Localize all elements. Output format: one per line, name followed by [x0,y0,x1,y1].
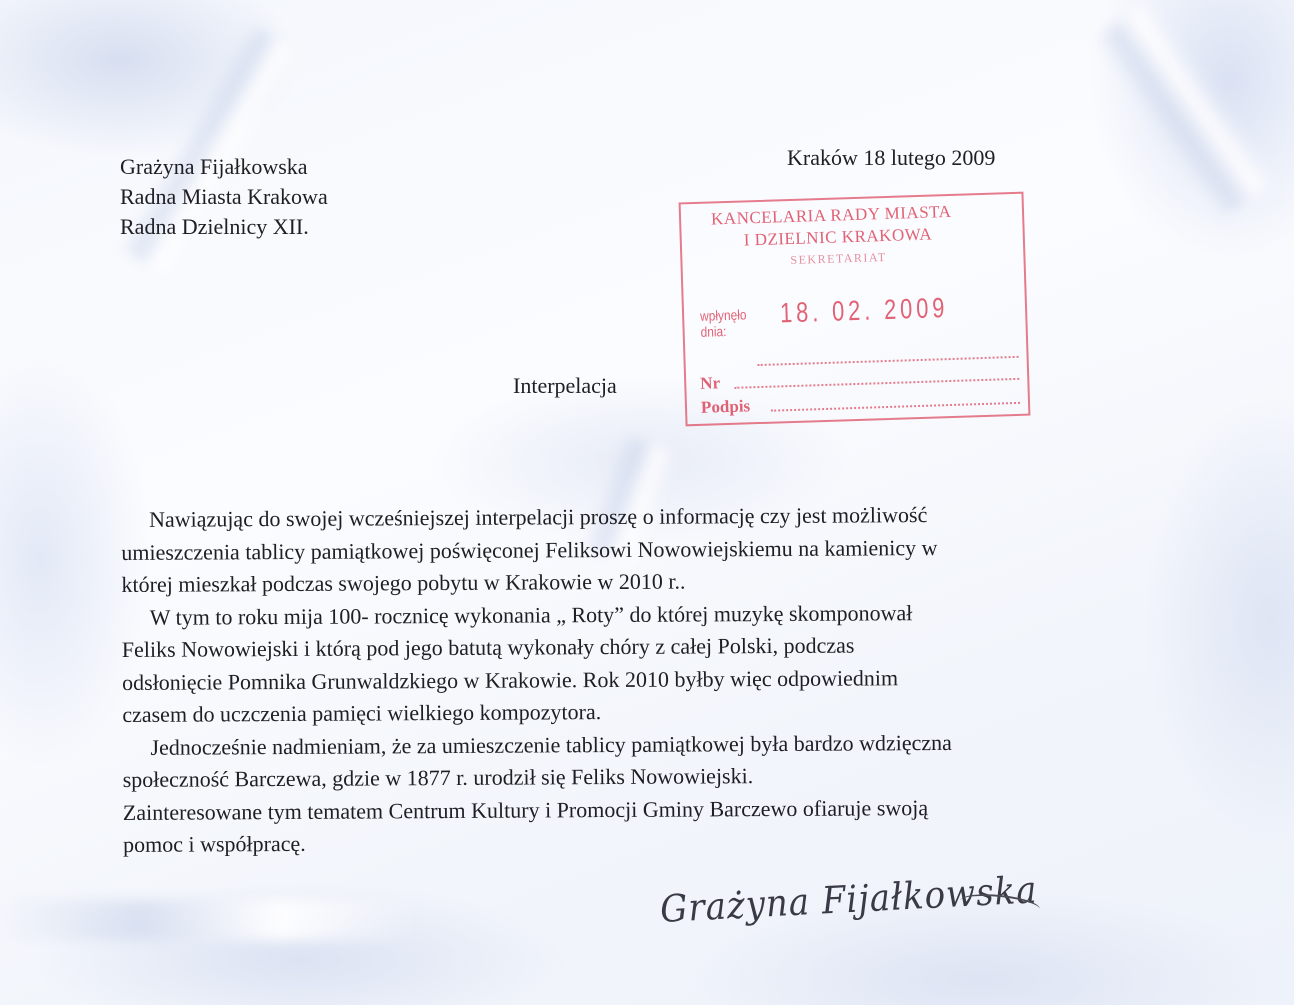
stamp-signature-label: Podpis [701,396,751,418]
stamp-line-2: I DZIELNIC KRAKOWA [743,225,932,251]
stamp-received-date: 18. 02. 2009 [780,292,949,329]
paper-crease [0,900,420,940]
stamp-dotted-line [734,378,1019,389]
office-stamp: KANCELARIA RADY MIASTA I DZIELNIC KRAKOW… [679,192,1031,427]
body-line: pomoc i współpracę. [123,823,1163,862]
stamp-dotted-line [771,402,1020,412]
sender-role-district: Radna Dzielnicy XII. [120,212,328,242]
stamp-received-label-1: wpłynęło [700,306,747,323]
letter-body: Nawiązując do swojej wcześniejszej inter… [121,498,1163,862]
stamp-received-label: wpłynęło dnia: [700,306,747,339]
stamp-received-label-2: dnia: [700,322,747,339]
sender-role-city: Radna Miasta Krakowa [120,182,328,212]
stamp-line-3: SEKRETARIAT [790,250,887,268]
paper-crease [1093,0,1277,220]
sender-name: Grażyna Fijałkowska [120,152,328,182]
document-title: Interpelacja [513,373,617,399]
stamp-number-label: Nr [700,373,720,394]
sender-block: Grażyna Fijałkowska Radna Miasta Krakowa… [120,152,328,242]
place-date: Kraków 18 lutego 2009 [787,145,995,171]
stamp-dotted-line [758,356,1019,366]
